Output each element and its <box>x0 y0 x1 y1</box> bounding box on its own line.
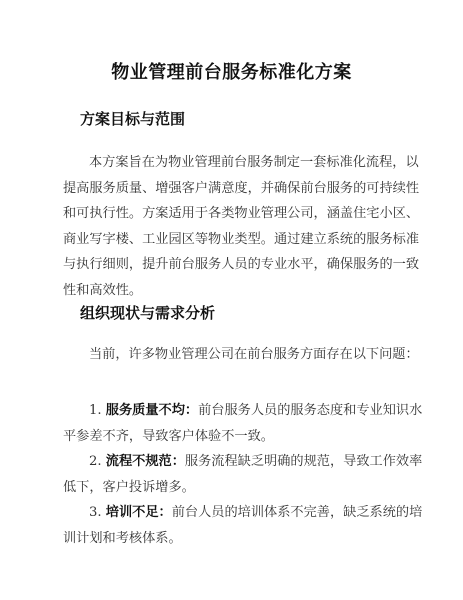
list-item: 1. 服务质量不均：前台服务人员的服务态度和专业知识水平参差不齐，导致客户体验不… <box>63 398 423 449</box>
paragraph-goals: 本方案旨在为物业管理前台服务制定一套标准化流程，以提高服务质量、增强客户满意度，… <box>63 150 423 303</box>
document-title: 物业管理前台服务标准化方案 <box>0 58 463 84</box>
list-item: 2. 流程不规范：服务流程缺乏明确的规范，导致工作效率低下，客户投诉增多。 <box>63 449 423 500</box>
paragraph-intro-text: 当前，许多物业管理公司在前台服务方面存在以下问题： <box>89 347 419 362</box>
paragraph-goals-text: 本方案旨在为物业管理前台服务制定一套标准化流程，以提高服务质量、增强客户满意度，… <box>63 155 419 298</box>
item-number: 2. <box>89 454 102 469</box>
section-heading-analysis: 组织现状与需求分析 <box>80 302 215 323</box>
list-item: 3. 培训不足：前台人员的培训体系不完善，缺乏系统的培训计划和考核体系。 <box>63 500 423 551</box>
item-number: 1. <box>89 403 102 418</box>
item-number: 3. <box>89 505 102 520</box>
paragraph-intro: 当前，许多物业管理公司在前台服务方面存在以下问题： <box>63 342 423 368</box>
section-heading-goals: 方案目标与范围 <box>80 108 185 129</box>
item-label: 服务质量不均： <box>106 403 198 418</box>
item-label: 培训不足： <box>106 505 172 520</box>
item-label: 流程不规范： <box>106 454 185 469</box>
